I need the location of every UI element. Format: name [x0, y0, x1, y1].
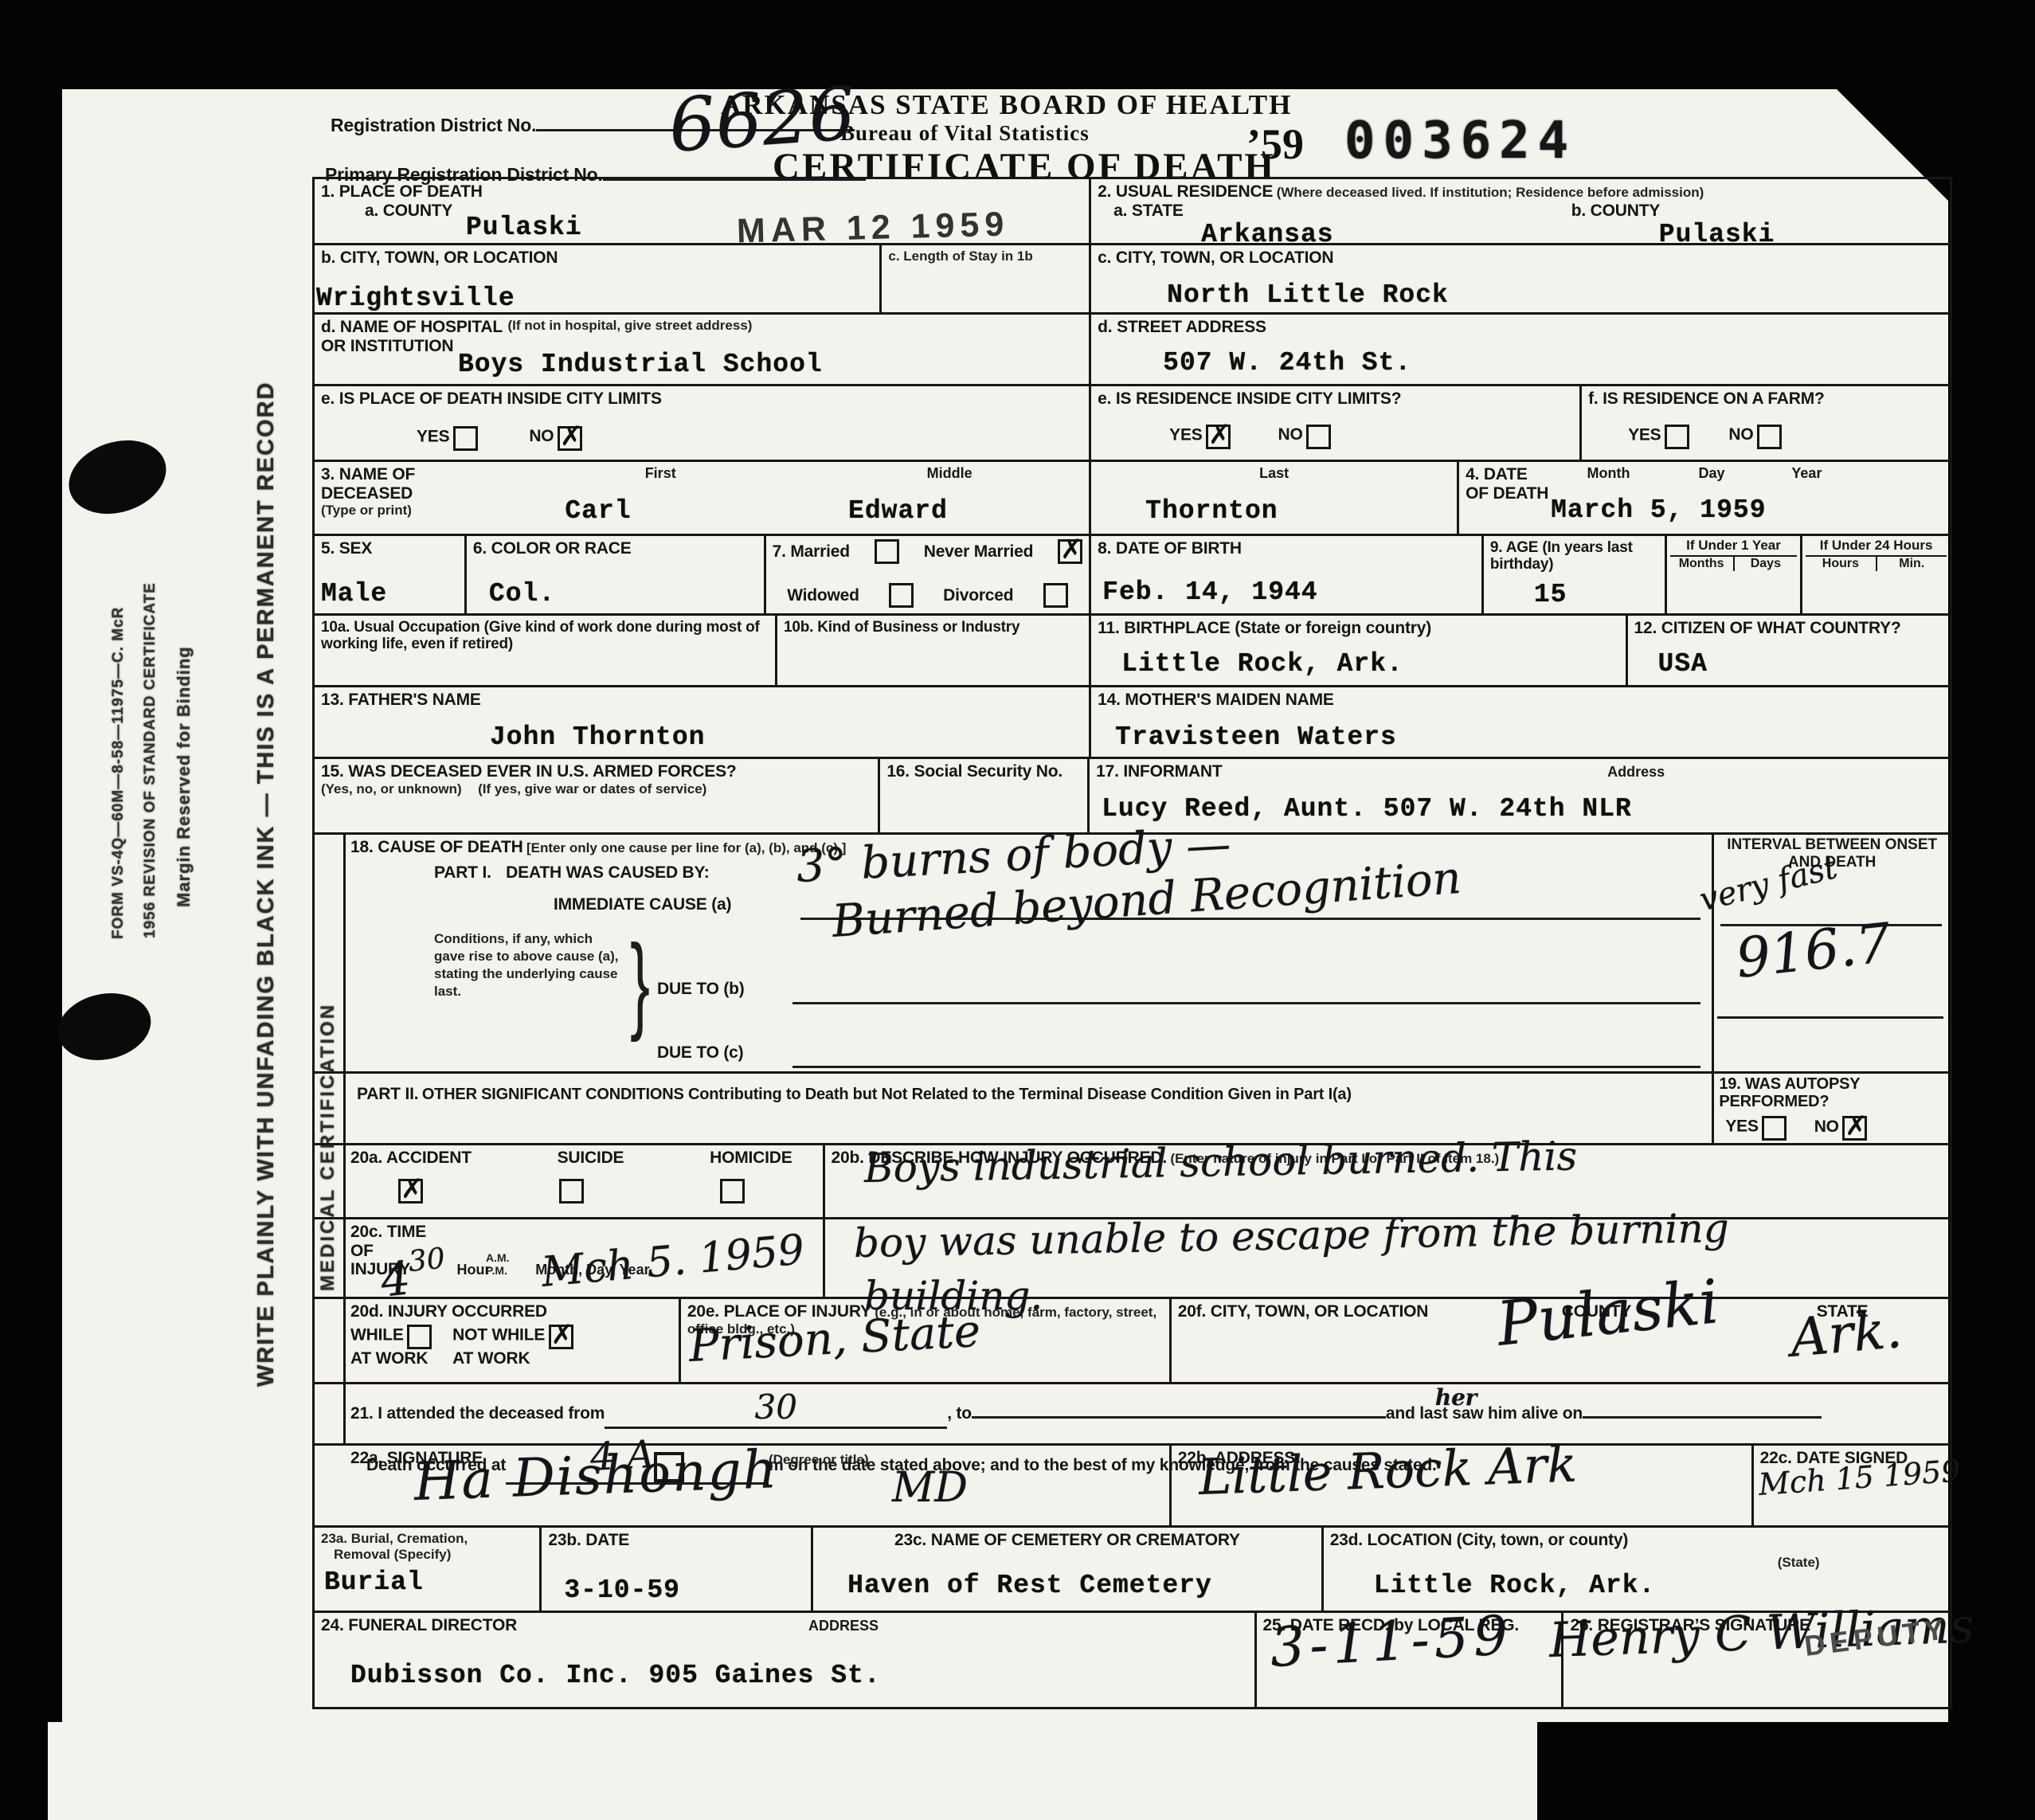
field-15-label: 15. WAS DECEASED EVER IN U.S. ARMED FORC…	[321, 762, 871, 781]
field-3-note: (Type or print)	[321, 503, 504, 519]
month-header: Month	[1557, 465, 1661, 482]
field-16-label: 16. Social Security No.	[886, 762, 1081, 781]
accident-label: 20a. ACCIDENT	[350, 1149, 472, 1168]
year-header: Year	[1763, 465, 1850, 482]
field-1e-city-limits: e. IS PLACE OF DEATH INSIDE CITY LIMITS …	[315, 386, 1091, 460]
field-23a-label2: Removal (Specify)	[334, 1547, 533, 1563]
field-23c-label: 23c. NAME OF CEMETERY OR CREMATORY	[820, 1531, 1315, 1550]
field-16-ssn: 16. Social Security No.	[880, 759, 1090, 832]
field-1b-label: b. CITY, TOWN, OR LOCATION	[321, 249, 558, 267]
field-2f-farm: f. IS RESIDENCE ON A FARM? YES NO	[1582, 386, 1950, 460]
pm-label: P.M.	[486, 1264, 510, 1277]
state-note: (State)	[1778, 1555, 1820, 1571]
field-18-part2: PART II. OTHER SIGNIFICANT CONDITIONS Co…	[315, 1074, 1714, 1143]
min-header: Min.	[1877, 557, 1947, 571]
field-6-label: 6. COLOR OR RACE	[473, 539, 757, 558]
degree-or-title-note: (Degree or title)	[769, 1452, 869, 1468]
field-2b-label: b. COUNTY	[1571, 202, 1660, 220]
field-2d-street-address: d. STREET ADDRESS 507 W. 24th St.	[1091, 315, 1950, 384]
field-13-label: 13. FATHER'S NAME	[321, 691, 1082, 710]
field-21-attended: 21. I attended the deceased from30, tohe…	[315, 1384, 1950, 1443]
no-label: NO	[1814, 1117, 1839, 1136]
scanned-death-certificate: FORM VS-4Q—60M—8-58—11975—C. McR 1956 RE…	[0, 0, 2035, 1820]
autopsy-no-checkbox: ✗	[1842, 1116, 1867, 1141]
yes-label: YES	[1169, 425, 1202, 444]
section2-title: 2. USUAL RESIDENCE	[1098, 182, 1273, 201]
due-to-c-line	[792, 1066, 1700, 1068]
field-1d-note: (If not in hospital, give street address…	[507, 318, 752, 333]
no-label: NO	[529, 427, 554, 445]
field-5-value: Male	[321, 579, 458, 609]
not-while-at-work-checkbox: ✗	[549, 1325, 573, 1349]
attended-from-handwriting: 30	[754, 1388, 796, 1427]
bureau-subtitle: Bureau of Vital Statistics	[840, 121, 1090, 146]
caused-by-label: DEATH WAS CAUSED BY:	[506, 863, 709, 882]
field-2a-state: a. STATE Arkansas	[1098, 202, 1571, 250]
homicide-label: HOMICIDE	[710, 1149, 792, 1168]
field-2e-yes-checkbox: ✗	[1206, 425, 1231, 449]
field-17-value: Lucy Reed, Aunt. 507 W. 24th NLR	[1102, 794, 1632, 824]
field-1a-value: Pulaski	[466, 213, 582, 242]
attended-from-label: 21. I attended the deceased from	[350, 1404, 605, 1423]
field-3-first-name: First Carl	[511, 462, 810, 534]
field-2e-label: e. IS RESIDENCE INSIDE CITY LIMITS?	[1098, 389, 1401, 408]
hours-header: Hours	[1806, 557, 1877, 571]
certificate-paper-bottom	[48, 1722, 1537, 1820]
field-5-sex: 5. SEX Male	[315, 536, 467, 613]
field-23b-value: 3-10-59	[564, 1575, 804, 1605]
field-1d-value: Boys Industrial School	[458, 350, 823, 379]
certificate-year-stamp: ’59	[1246, 119, 1304, 169]
field-23a-value: Burial	[324, 1568, 533, 1597]
field-2e-city-limits: e. IS RESIDENCE INSIDE CITY LIMITS? YES …	[1091, 386, 1582, 460]
months-header: Months	[1670, 557, 1735, 571]
field-10a-occupation: 10a. Usual Occupation (Give kind of work…	[315, 616, 777, 685]
field-17-label: 17. INFORMANT	[1096, 762, 1222, 781]
widowed-checkbox	[889, 583, 914, 608]
field-20d-injury-occurred: 20d. INJURY OCCURRED WHILE AT WORK NOT W…	[315, 1299, 681, 1382]
field-2f-label: f. IS RESIDENCE ON A FARM?	[1588, 389, 1825, 408]
last-saw-blank	[1583, 1416, 1822, 1419]
never-married-checkbox: ✗	[1058, 539, 1082, 564]
not-while-label: NOT WHILE	[452, 1325, 545, 1344]
field-place-of-death-county: 1. PLACE OF DEATH a. COUNTY Pulaski	[315, 179, 1091, 243]
field-9-label: 9. AGE (In years last birthday)	[1490, 539, 1658, 573]
field-4-date-of-death: 4. DATE OF DEATH Month Day Year March 5,…	[1459, 462, 1950, 534]
field-23a-burial: 23a. Burial, Cremation, Removal (Specify…	[315, 1528, 542, 1611]
field-14-label: 14. MOTHER'S MAIDEN NAME	[1098, 691, 1943, 710]
field-13-value: John Thornton	[490, 722, 705, 752]
field-6-color-race: 6. COLOR OR RACE Col.	[467, 536, 766, 613]
field-8-date-of-birth: 8. DATE OF BIRTH Feb. 14, 1944	[1091, 536, 1484, 613]
board-title: ARKANSAS STATE BOARD OF HEALTH	[721, 89, 1292, 121]
field-23c-value: Haven of Rest Cemetery	[847, 1571, 1315, 1600]
at-work-label: AT WORK	[452, 1349, 573, 1368]
am-label: A.M.	[486, 1251, 510, 1264]
field-18-label: 18. CAUSE OF DEATH	[350, 838, 523, 856]
field-15-armed-forces: 15. WAS DECEASED EVER IN U.S. ARMED FORC…	[315, 759, 880, 832]
divorced-checkbox	[1043, 583, 1068, 608]
section2-note: (Where deceased lived. If institution; R…	[1277, 185, 1704, 200]
margin-binding-note: Margin Reserved for Binding	[174, 605, 194, 948]
injury-hour-handwriting: 430	[378, 1243, 449, 1308]
due-to-b-label: DUE TO (b)	[657, 980, 745, 999]
due-to-c-label: DUE TO (c)	[657, 1043, 743, 1063]
field-24-funeral-director: 24. FUNERAL DIRECTOR ADDRESS Dubisson Co…	[315, 1613, 1257, 1707]
field-23d-value: Little Rock, Ark.	[1374, 1571, 1943, 1600]
field-15-note2: (If yes, give war or dates of service)	[478, 781, 706, 796]
field-1c-length-of-stay: c. Length of Stay in 1b	[882, 245, 1091, 312]
field-20f-label: 20f. CITY, TOWN, OR LOCATION	[1178, 1302, 1428, 1321]
injury-state-handwriting: Ark.	[1788, 1298, 1904, 1369]
field-2f-yes-checkbox	[1665, 425, 1689, 449]
field-11-birthplace: 11. BIRTHPLACE (State or foreign country…	[1091, 616, 1627, 685]
field-15-note1: (Yes, no, or unknown)	[321, 781, 462, 796]
field-1d-institution: d. NAME OF HOSPITAL OR INSTITUTION (If n…	[315, 315, 1091, 384]
divorced-label: Divorced	[943, 586, 1013, 605]
yes-label: YES	[417, 427, 449, 445]
attended-to-label: , to	[947, 1404, 972, 1423]
date-received-handwriting: 3-11-59	[1269, 1604, 1514, 1680]
under-24-hours-header: If Under 24 Hours	[1806, 538, 1947, 554]
widowed-label: Widowed	[787, 586, 859, 605]
field-2f-no-checkbox	[1757, 425, 1782, 449]
field-3-name-label: 3. NAME OF DECEASED (Type or print)	[315, 462, 511, 534]
field-14-mother-name: 14. MOTHER'S MAIDEN NAME Travisteen Wate…	[1091, 687, 1950, 757]
first-name-value: Carl	[565, 496, 804, 526]
field-usual-residence: 2. USUAL RESIDENCE (Where deceased lived…	[1091, 179, 1950, 243]
while-at-work-checkbox	[407, 1325, 432, 1349]
last-saw-label: herand last saw him alive on	[1386, 1404, 1583, 1423]
interval-line2	[1717, 1016, 1943, 1019]
under-1-year-header: If Under 1 Year	[1670, 538, 1797, 554]
yes-label: YES	[1628, 425, 1661, 444]
field-1b-value: Wrightsville	[316, 284, 515, 313]
informant-address-header: Address	[1607, 764, 1665, 781]
no-label: NO	[1278, 425, 1303, 444]
middle-name-value: Edward	[848, 496, 1082, 526]
field-23b-date: 23b. DATE 3-10-59	[542, 1528, 813, 1611]
field-8-label: 8. DATE OF BIRTH	[1098, 539, 1475, 558]
field-5-label: 5. SEX	[321, 539, 458, 558]
field-2b-county: b. COUNTY Pulaski	[1571, 202, 1943, 250]
field-2c-city: c. CITY, TOWN, OR LOCATION North Little …	[1091, 245, 1950, 312]
last-name-header: Last	[1098, 465, 1450, 482]
field-8-value: Feb. 14, 1944	[1102, 577, 1475, 607]
margin-form-number: FORM VS-4Q—60M—8-58—11975—C. McR	[110, 581, 127, 964]
field-7-marital-status: 7. Married Never Married ✗ Widowed Divor…	[766, 536, 1092, 613]
field-1b-city: b. CITY, TOWN, OR LOCATION Wrightsville	[315, 245, 882, 312]
field-23d-label: 23d. LOCATION (City, town, or county)	[1330, 1531, 1628, 1549]
at-work-label: AT WORK	[350, 1349, 432, 1368]
part1-label: PART I.	[434, 863, 491, 882]
field-1c-label: c. Length of Stay in 1b	[888, 249, 1032, 264]
funeral-address-header: ADDRESS	[808, 1618, 879, 1634]
no-label: NO	[1728, 425, 1753, 444]
field-14-value: Travisteen Waters	[1115, 722, 1397, 752]
field-1e-no-checkbox: ✗	[558, 426, 582, 451]
field-11-label: 11. BIRTHPLACE (State or foreign country…	[1098, 619, 1618, 638]
middle-name-header: Middle	[816, 465, 1082, 482]
field-12-citizen: 12. CITIZEN OF WHAT COUNTRY? USA	[1628, 616, 1950, 685]
field-12-value: USA	[1658, 649, 1943, 679]
field-20a-accident-suicide-homicide: 20a. ACCIDENT SUICIDE HOMICIDE ✗	[315, 1145, 825, 1217]
field-23b-label: 23b. DATE	[548, 1531, 804, 1550]
field-19-label: 19. WAS AUTOPSY PERFORMED?	[1719, 1075, 1945, 1111]
field-23a-label: 23a. Burial, Cremation,	[321, 1531, 533, 1547]
field-3-middle-name: Middle Edward	[810, 462, 1091, 534]
field-3-last-name: Last Thornton	[1091, 462, 1459, 534]
field-23c-cemetery: 23c. NAME OF CEMETERY OR CREMATORY Haven…	[813, 1528, 1324, 1611]
field-2a-label: a. STATE	[1113, 202, 1183, 220]
field-2c-label: c. CITY, TOWN, OR LOCATION	[1098, 249, 1333, 267]
field-2c-value: North Little Rock	[1167, 280, 1449, 310]
part2-text: OTHER SIGNIFICANT CONDITIONS Contributin…	[422, 1086, 1352, 1103]
due-to-b-line	[792, 1002, 1700, 1004]
field-10b-label: 10b. Kind of Business or Industry	[784, 619, 1082, 636]
field-9-age: 9. AGE (In years last birthday) 15	[1484, 536, 1667, 613]
field-2d-label: d. STREET ADDRESS	[1098, 318, 1266, 336]
her-handwriting: her	[1435, 1385, 1477, 1410]
field-24-value: Dubisson Co. Inc. 905 Gaines St.	[350, 1661, 881, 1690]
field-23d-location: 23d. LOCATION (City, town, or county) (S…	[1324, 1528, 1950, 1611]
certificate-number-stamp: 003624	[1344, 112, 1576, 170]
conditions-note: Conditions, if any, which gave rise to a…	[434, 930, 625, 1000]
field-4-label: 4. DATE OF DEATH	[1466, 465, 1553, 503]
field-9-under-24-hours: If Under 24 Hours Hours Min.	[1802, 536, 1950, 613]
field-10b-industry: 10b. Kind of Business or Industry	[777, 616, 1091, 685]
first-name-header: First	[517, 465, 804, 482]
margin-revision-note: 1956 REVISION OF STANDARD CERTIFICATE	[142, 558, 159, 964]
last-name-value: Thornton	[1145, 496, 1450, 526]
married-label: 7. Married	[773, 542, 850, 562]
yes-label: YES	[1725, 1117, 1758, 1136]
immediate-cause-label: IMMEDIATE CAUSE (a)	[554, 895, 731, 914]
section1-title: 1. PLACE OF DEATH	[321, 182, 1082, 202]
conditions-brace: }	[630, 921, 650, 1044]
married-checkbox	[875, 539, 899, 564]
day-header: Day	[1664, 465, 1759, 482]
physician-degree-handwriting: MD	[892, 1464, 968, 1512]
field-24-label: 24. FUNERAL DIRECTOR	[321, 1616, 517, 1634]
field-1e-label: e. IS PLACE OF DEATH INSIDE CITY LIMITS	[321, 389, 662, 408]
field-2e-no-checkbox	[1306, 425, 1331, 449]
field-19-autopsy: 19. WAS AUTOPSY PERFORMED? YES NO ✗	[1714, 1074, 1950, 1143]
field-10a-label: 10a. Usual Occupation (Give kind of work…	[321, 619, 769, 653]
homicide-checkbox	[720, 1179, 745, 1204]
suicide-checkbox	[559, 1179, 584, 1204]
field-12-label: 12. CITIZEN OF WHAT COUNTRY?	[1634, 619, 1943, 638]
autopsy-yes-checkbox	[1762, 1116, 1786, 1141]
field-6-value: Col.	[489, 579, 757, 609]
field-9-value: 15	[1534, 580, 1658, 609]
accident-checkbox: ✗	[398, 1179, 423, 1204]
while-label: WHILE	[350, 1325, 404, 1344]
suicide-label: SUICIDE	[558, 1149, 624, 1168]
field-2d-value: 507 W. 24th St.	[1163, 348, 1411, 378]
physician-signature-handwriting: Ha Dishongh	[413, 1438, 780, 1513]
field-4-value: March 5, 1959	[1551, 495, 1766, 525]
field-1e-yes-checkbox	[453, 426, 478, 451]
part2-label: PART II.	[357, 1085, 418, 1103]
field-13-father-name: 13. FATHER'S NAME John Thornton	[315, 687, 1091, 757]
days-header: Days	[1735, 557, 1798, 571]
attended-to-blank	[972, 1416, 1386, 1419]
field-9-under-1-year: If Under 1 Year Months Days	[1667, 536, 1802, 613]
never-married-label: Never Married	[924, 542, 1033, 562]
margin-write-plainly-note: WRITE PLAINLY WITH UNFADING BLACK INK — …	[253, 215, 280, 1553]
field-11-value: Little Rock, Ark.	[1121, 649, 1618, 679]
